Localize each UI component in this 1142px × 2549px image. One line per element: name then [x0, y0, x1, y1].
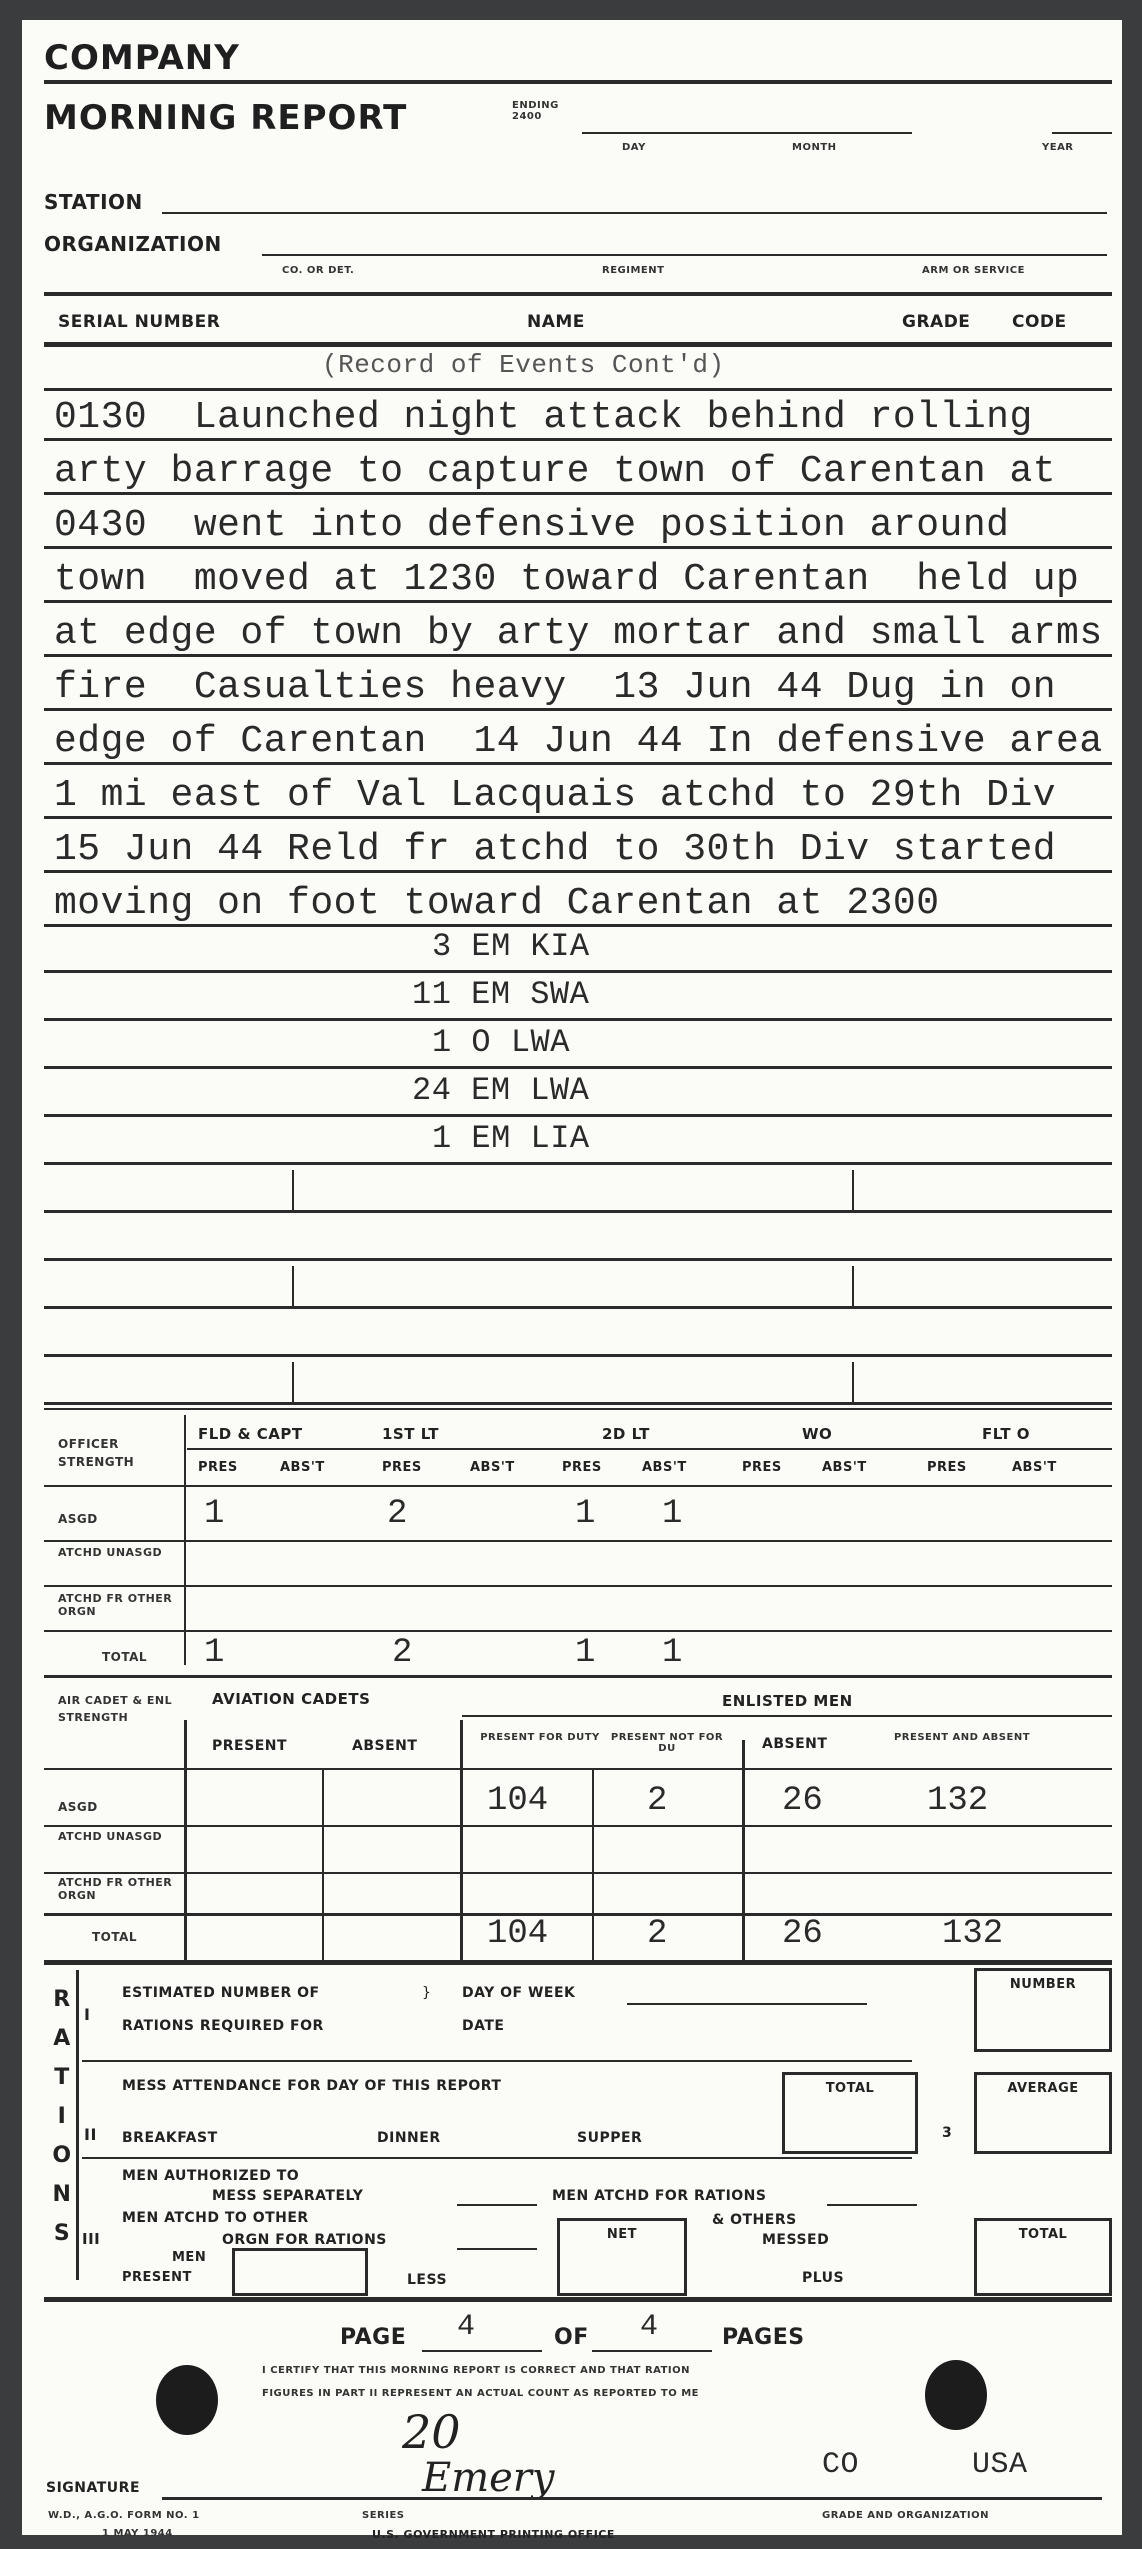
page-number: 4	[457, 2310, 476, 2344]
row-label: ATCHD FR OTHER ORGN	[58, 1876, 178, 1902]
punch-hole-right	[925, 2360, 987, 2430]
remark-line: 0130 Launched night attack behind rollin…	[54, 396, 1033, 439]
rations-total-box[interactable]: TOTAL	[974, 2218, 1112, 2296]
col-code: CODE	[1012, 312, 1067, 332]
orgn-for-rations-field[interactable]	[457, 2248, 537, 2250]
rule	[44, 1825, 1112, 1827]
pages-label: PAGES	[722, 2325, 805, 2350]
rule	[44, 1960, 1112, 1965]
ending-label: ENDING 2400	[512, 100, 572, 122]
rule	[742, 1740, 745, 1960]
rule	[852, 1266, 854, 1306]
rule	[44, 1630, 1112, 1632]
letter: N	[52, 2175, 72, 2214]
subcol-abst: ABS'T	[280, 1460, 325, 1475]
letter: T	[52, 2058, 72, 2097]
cell: 104	[487, 1782, 548, 1820]
rule	[44, 492, 1112, 495]
organization-label: ORGANIZATION	[44, 232, 222, 256]
mess-separately-label: MESS SEPARATELY	[212, 2188, 363, 2204]
total-box-label: TOTAL	[785, 2081, 915, 2096]
divider	[44, 342, 1112, 347]
report-title: MORNING REPORT	[44, 98, 407, 138]
remark-line: moving on foot toward Carentan at 2300	[54, 882, 940, 925]
col-present-for-duty: PRESENT FOR DUTY	[480, 1732, 600, 1743]
punch-hole-left	[156, 2365, 218, 2435]
rule	[76, 1970, 79, 2280]
group-wo: WO	[802, 1425, 832, 1443]
casualty-line: 3 EM KIA	[432, 928, 590, 965]
casualty-line: 24 EM LWA	[412, 1072, 589, 1109]
rule	[292, 1362, 294, 1402]
row-label: ATCHD UNASGD	[58, 1830, 178, 1843]
morning-report-form: COMPANY MORNING REPORT ENDING 2400 DAY M…	[22, 20, 1122, 2535]
group-1st-lt: 1ST LT	[382, 1425, 439, 1443]
month-sublabel: MONTH	[792, 142, 837, 153]
signature-label: SIGNATURE	[46, 2480, 140, 2496]
col-serial-number: SERIAL NUMBER	[58, 312, 220, 332]
col-present: PRESENT	[212, 1738, 287, 1754]
aviation-cadets-label: AVIATION CADETS	[212, 1690, 370, 1708]
subcol-abst: ABS'T	[1012, 1460, 1057, 1475]
remark-line: fire Casualties heavy 13 Jun 44 Dug in o…	[54, 666, 1056, 709]
subcol-pres: PRES	[562, 1460, 602, 1475]
rule	[852, 1170, 854, 1210]
rule	[44, 708, 1112, 711]
subcol-pres: PRES	[742, 1460, 782, 1475]
certify-text: FIGURES IN PART II REPRESENT AN ACTUAL C…	[262, 2388, 699, 2399]
rule	[44, 816, 1112, 819]
letter: S	[52, 2214, 72, 2253]
rule	[184, 1720, 187, 1960]
row-label: TOTAL	[102, 1650, 147, 1664]
subcol-pres: PRES	[927, 1460, 967, 1475]
col-absent: ABSENT	[352, 1738, 417, 1754]
remark-line: 15 Jun 44 Reld fr atchd to 30th Div star…	[54, 828, 1056, 871]
letter: R	[52, 1980, 72, 2019]
cell: 132	[942, 1915, 1003, 1953]
day-of-week-label: DAY OF WEEK	[462, 1985, 575, 2001]
cell: 2	[387, 1495, 407, 1533]
remark-line: edge of Carentan 14 Jun 44 In defensive …	[54, 720, 1103, 763]
col-grade: GRADE	[902, 312, 970, 332]
subcol-abst: ABS'T	[642, 1460, 687, 1475]
cell: 1	[204, 1495, 224, 1533]
remarks-continued-heading: (Record of Events Cont'd)	[322, 350, 725, 380]
organization-field[interactable]	[262, 254, 1107, 256]
grade-org-label: GRADE AND ORGANIZATION	[822, 2510, 989, 2521]
men-present-label: PRESENT	[122, 2270, 192, 2285]
letter: A	[52, 2019, 72, 2058]
men-present-label: MEN	[172, 2250, 206, 2265]
rule	[44, 1485, 1112, 1487]
enlisted-men-label: ENLISTED MEN	[722, 1692, 853, 1710]
col-name: NAME	[527, 312, 585, 332]
station-field[interactable]	[162, 212, 1107, 214]
mess-attendance-label: MESS ATTENDANCE FOR DAY OF THIS REPORT	[122, 2078, 501, 2094]
cell: 1	[662, 1634, 682, 1672]
series-label: SERIES	[362, 2510, 405, 2521]
casualty-line: 1 EM LIA	[432, 1120, 590, 1157]
day-of-week-field[interactable]	[627, 2003, 867, 2005]
total-pages: 4	[640, 2310, 659, 2344]
signature: Emery	[422, 2455, 555, 2501]
remark-line: at edge of town by arty mortar and small…	[54, 612, 1103, 655]
row-label: ASGD	[58, 1512, 98, 1526]
org-sublabel-regiment: REGIMENT	[602, 265, 664, 276]
form-id: W.D., A.G.O. FORM NO. 1	[48, 2510, 200, 2521]
subcol-abst: ABS'T	[470, 1460, 515, 1475]
men-present-box[interactable]	[232, 2248, 368, 2296]
letter: O	[52, 2136, 72, 2175]
men-authorized-label: MEN AUTHORIZED TO	[122, 2168, 299, 2184]
form-date: 1 MAY 1944	[102, 2528, 173, 2539]
group-flt-o: FLT O	[982, 1425, 1030, 1443]
year-sublabel: YEAR	[1042, 142, 1074, 153]
mess-separately-field[interactable]	[457, 2204, 537, 2206]
rations-side-label: R A T I O N S	[52, 1980, 72, 2253]
rule	[44, 654, 1112, 657]
rule	[852, 1362, 854, 1402]
casualty-line: 11 EM SWA	[412, 976, 589, 1013]
rule	[44, 924, 1112, 927]
cell: 132	[927, 1782, 988, 1820]
letter: I	[52, 2097, 72, 2136]
rule	[44, 1114, 1112, 1117]
rule	[44, 1066, 1112, 1069]
remark-line: town moved at 1230 toward Carentan held …	[54, 558, 1079, 601]
rule	[44, 1540, 1112, 1542]
cell: 1	[662, 1495, 682, 1533]
rule	[44, 870, 1112, 873]
officer-strength-label: OFFICER STRENGTH	[58, 1435, 188, 1471]
page-label: PAGE	[340, 2325, 406, 2350]
less-label: LESS	[407, 2272, 447, 2288]
section-i-numeral: I	[84, 2005, 90, 2024]
cell: 104	[487, 1915, 548, 1953]
group-fld-capt: FLD & CAPT	[198, 1425, 303, 1443]
subcol-abst: ABS'T	[822, 1460, 867, 1475]
rule	[44, 762, 1112, 765]
atchd-for-rations-label: MEN ATCHD FOR RATIONS	[552, 2188, 766, 2204]
rule	[44, 438, 1112, 441]
rule	[44, 1162, 1112, 1165]
dinner-label: DINNER	[377, 2130, 441, 2146]
number-box[interactable]: NUMBER	[974, 1968, 1112, 2052]
section-iii-numeral: III	[82, 2230, 100, 2248]
net-box-label: NET	[560, 2227, 684, 2242]
org-sublabel-arm: ARM OR SERVICE	[922, 265, 1025, 276]
group-2d-lt: 2D LT	[602, 1425, 650, 1443]
divider	[44, 80, 1112, 84]
row-label: ATCHD FR OTHER ORGN	[58, 1592, 178, 1618]
others-messed-label: & OTHERS	[712, 2212, 797, 2228]
remark-line: arty barrage to capture town of Carentan…	[54, 450, 1056, 493]
rule	[44, 1210, 1112, 1213]
rule	[460, 1720, 463, 1960]
remark-line: 0430 went into defensive position around	[54, 504, 1009, 547]
company-label: COMPANY	[44, 38, 240, 78]
average-box[interactable]: AVERAGE	[974, 2072, 1112, 2154]
col-present-not-for-duty: PRESENT NOT FOR DU	[607, 1732, 727, 1754]
rule	[592, 1770, 594, 1960]
rule	[44, 546, 1112, 549]
plus-label: PLUS	[802, 2270, 844, 2286]
messed-label: MESSED	[762, 2232, 829, 2248]
rations-required-label: RATIONS REQUIRED FOR	[122, 2018, 324, 2034]
section-ii-numeral: II	[84, 2125, 97, 2144]
remark-line: 1 mi east of Val Lacquais atchd to 29th …	[54, 774, 1056, 817]
subcol-pres: PRES	[382, 1460, 422, 1475]
rule	[44, 1675, 1112, 1678]
rule	[44, 1585, 1112, 1587]
cell: 2	[647, 1782, 667, 1820]
rule	[44, 1408, 1112, 1410]
cell: 1	[575, 1634, 595, 1672]
station-label: STATION	[44, 190, 143, 214]
rule	[44, 2297, 1112, 2302]
subcol-pres: PRES	[198, 1460, 238, 1475]
brace: }	[422, 1985, 431, 2001]
row-label: ATCHD UNASGD	[58, 1546, 178, 1559]
rule	[82, 2157, 912, 2159]
rule	[44, 600, 1112, 603]
grade-branch: USA	[972, 2448, 1028, 2482]
divider	[44, 292, 1112, 296]
of-label: OF	[554, 2325, 589, 2350]
rule	[292, 1170, 294, 1210]
rule	[592, 2350, 712, 2352]
date-label: DATE	[462, 2018, 504, 2034]
rule	[422, 2350, 542, 2352]
grade-org: CO	[822, 2448, 859, 2482]
rule	[44, 1402, 1112, 1405]
rule	[462, 1715, 1112, 1717]
rations-total-box-label: TOTAL	[977, 2227, 1109, 2242]
year-field[interactable]	[1052, 132, 1112, 134]
col-present-and-absent: PRESENT AND ABSENT	[892, 1732, 1032, 1743]
rule	[44, 1354, 1112, 1357]
rule	[44, 1018, 1112, 1021]
day-sublabel: DAY	[622, 142, 646, 153]
org-sublabel-co: CO. OR DET.	[282, 265, 354, 276]
rule	[44, 1768, 1112, 1770]
orgn-for-rations-label: ORGN FOR RATIONS	[222, 2232, 387, 2248]
cell: 26	[782, 1782, 823, 1820]
net-box[interactable]: NET	[557, 2218, 687, 2296]
rule	[44, 970, 1112, 973]
average-box-label: AVERAGE	[977, 2081, 1109, 2096]
col-absent: ABSENT	[762, 1736, 827, 1752]
cell: 2	[647, 1915, 667, 1953]
divide-by-label: 3	[942, 2125, 952, 2141]
row-label: ASGD	[58, 1800, 98, 1814]
cell: 2	[392, 1634, 412, 1672]
casualty-line: 1 O LWA	[432, 1024, 570, 1061]
enlisted-strength-label: AIR CADET & ENL STRENGTH	[58, 1692, 188, 1726]
number-box-label: NUMBER	[977, 1977, 1109, 1992]
rule	[44, 388, 1112, 391]
breakfast-label: BREAKFAST	[122, 2130, 218, 2146]
rule	[292, 1266, 294, 1306]
date-field[interactable]	[582, 132, 912, 134]
supper-label: SUPPER	[577, 2130, 642, 2146]
cell: 1	[575, 1495, 595, 1533]
rule	[187, 1448, 1112, 1450]
rule	[44, 1306, 1112, 1309]
signature-initials: 20	[402, 2405, 461, 2459]
signature-line[interactable]	[162, 2497, 1102, 2500]
rations-required-label: ESTIMATED NUMBER OF	[122, 1985, 320, 2001]
cell: 1	[204, 1634, 224, 1672]
atchd-for-rations-field[interactable]	[827, 2204, 917, 2206]
row-label: TOTAL	[92, 1930, 137, 1944]
rule	[44, 1258, 1112, 1261]
cell: 26	[782, 1915, 823, 1953]
total-box[interactable]: TOTAL	[782, 2072, 918, 2154]
certify-text: I CERTIFY THAT THIS MORNING REPORT IS CO…	[262, 2365, 690, 2376]
rule	[322, 1770, 324, 1960]
rule	[82, 2060, 912, 2062]
printing-stamp: U.S. GOVERNMENT PRINTING OFFICE	[372, 2528, 615, 2541]
atchd-other-label: MEN ATCHD TO OTHER	[122, 2210, 309, 2226]
rule	[44, 1872, 1112, 1874]
